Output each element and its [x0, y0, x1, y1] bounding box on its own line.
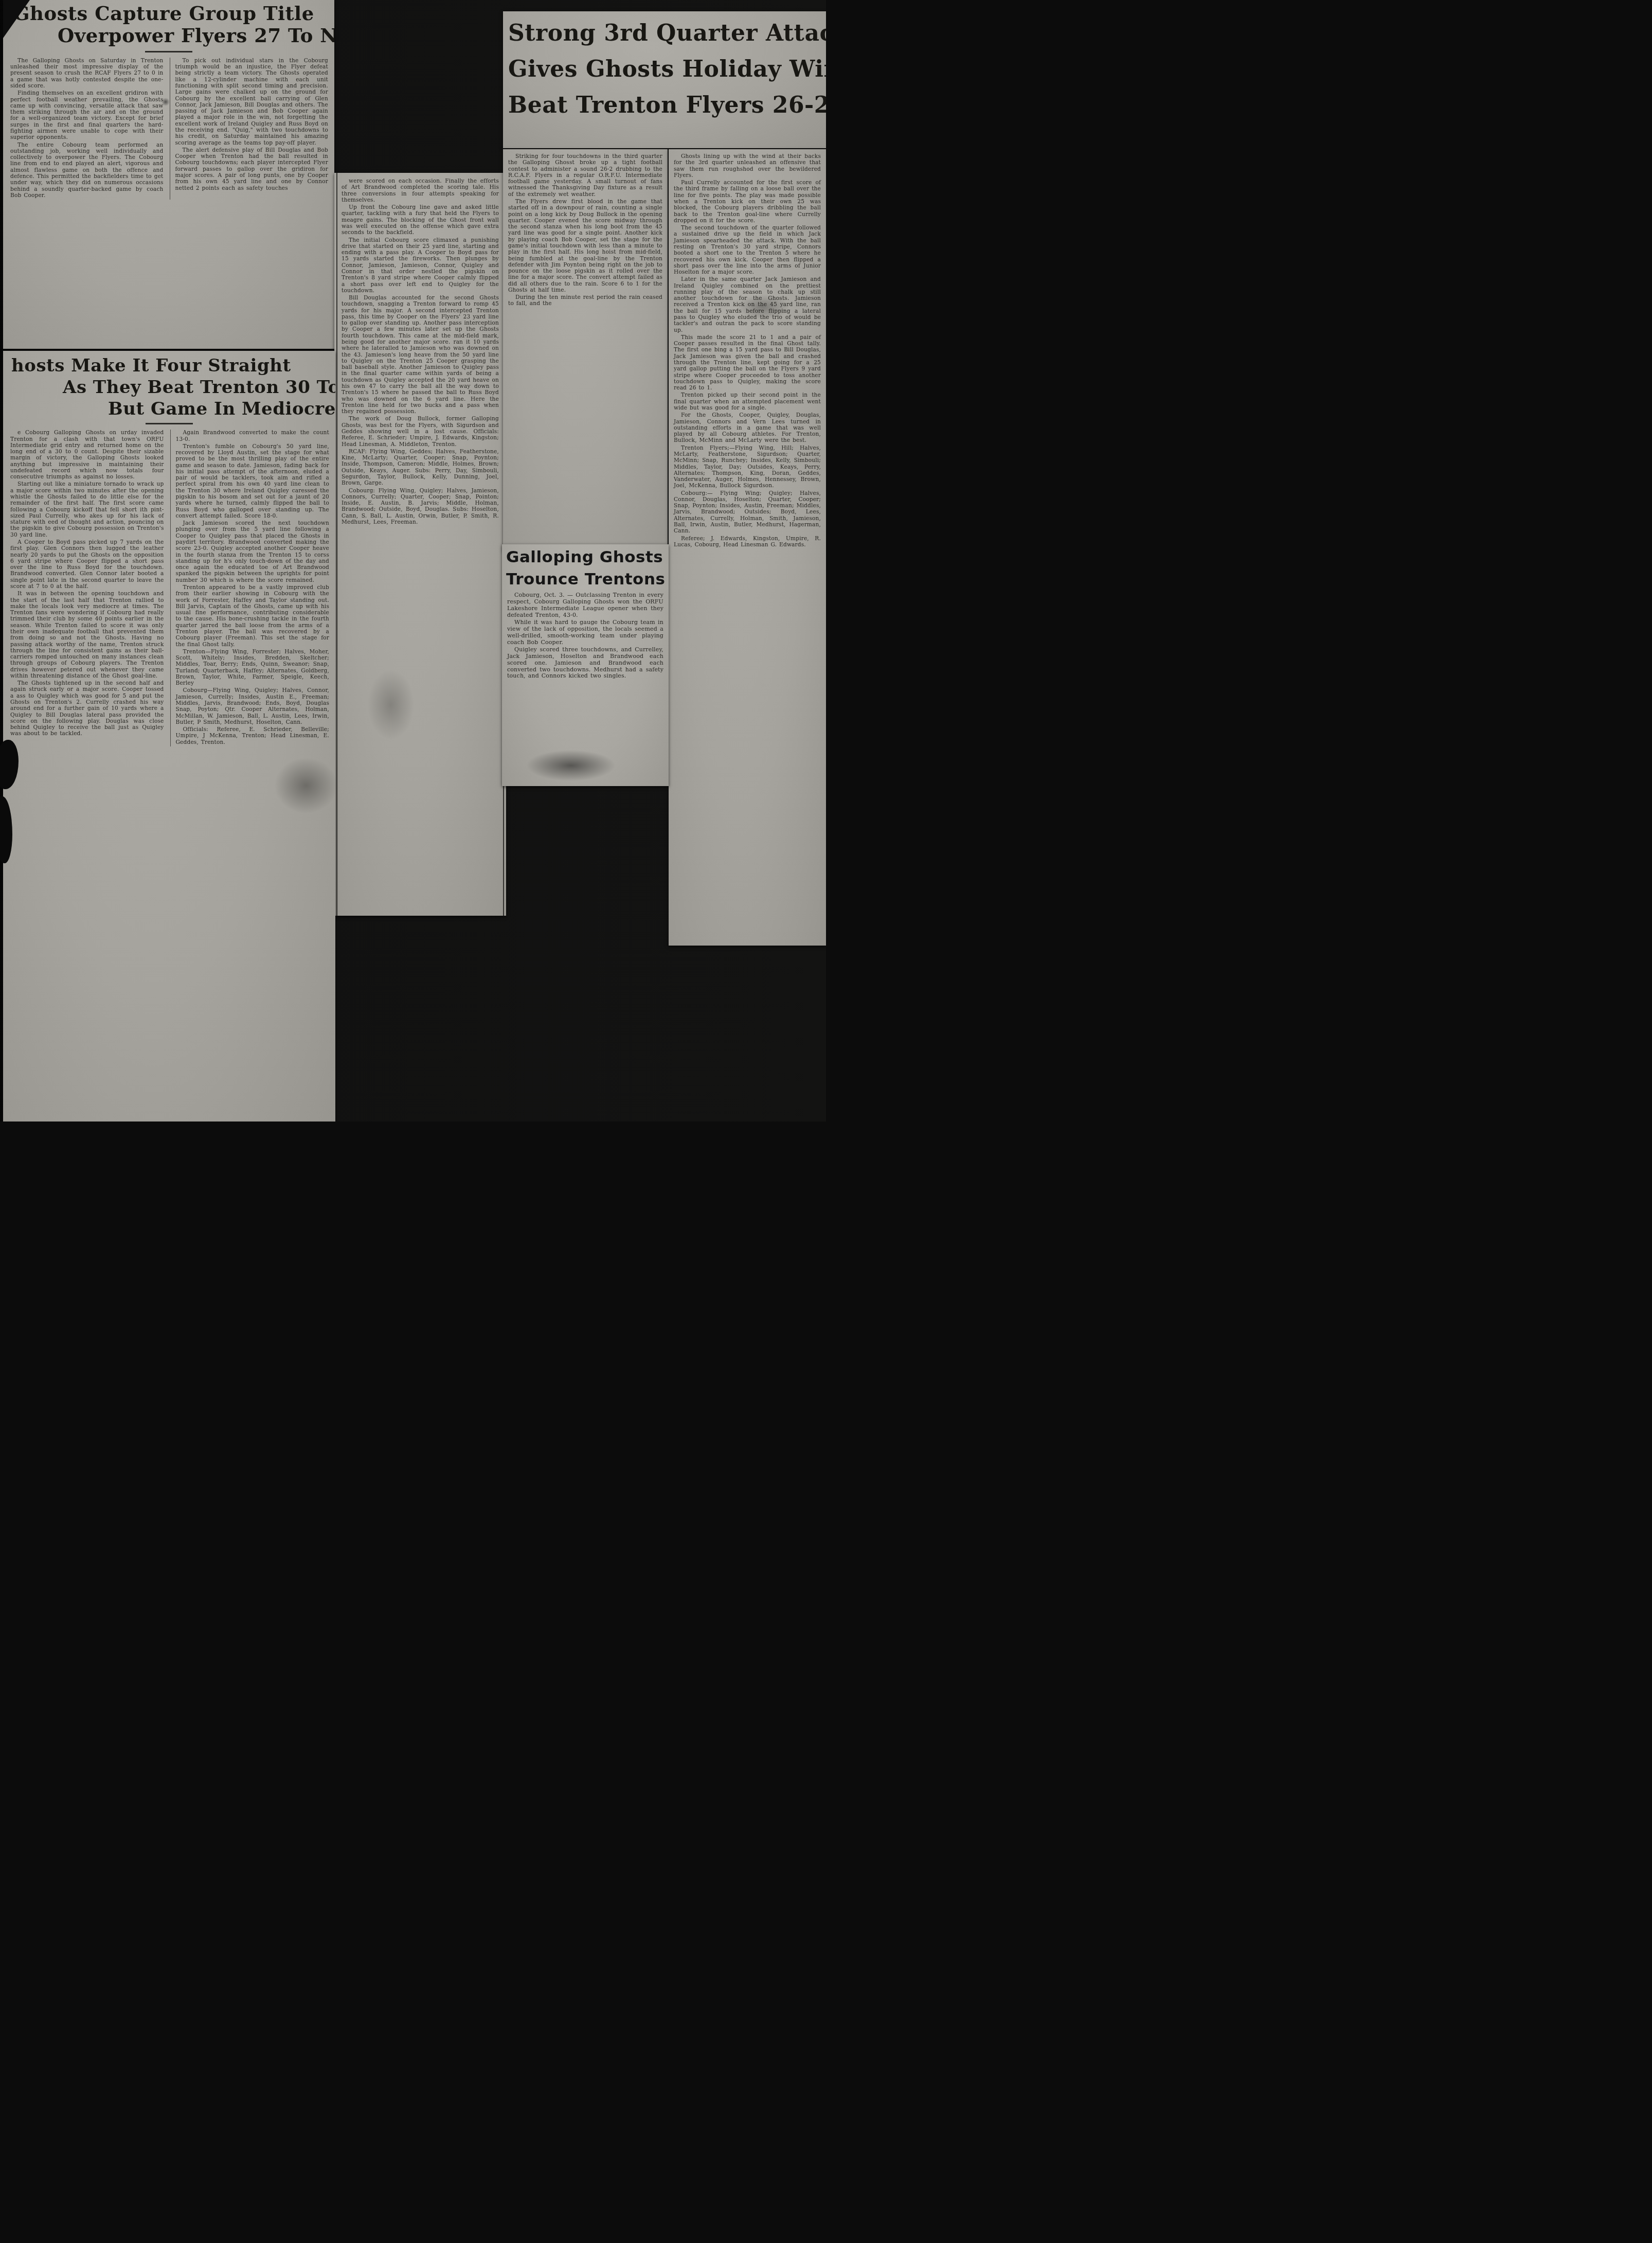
- headline-divider: [145, 51, 192, 52]
- paragraph: Trenton—Flying Wing, Forrester; Halves, …: [176, 649, 330, 687]
- paragraph: To pick out individual stars in the Cobo…: [175, 58, 329, 146]
- article3-headline-line3: Beat Trenton Flyers 26-2: [503, 86, 826, 122]
- paragraph: Referee; J. Edwards, Kingston, Umpire, R…: [674, 536, 821, 548]
- article2-column-1: e Cobourg Galloping Ghosts on urday inva…: [10, 430, 164, 746]
- article1-column-1: The Galloping Ghosts on Saturday in Tren…: [10, 58, 164, 200]
- article4-headline-line2: Trounce Trentons: [502, 566, 669, 589]
- paragraph: e Cobourg Galloping Ghosts on urday inva…: [10, 430, 164, 480]
- paragraph: Ghosts lining up with the wind at their …: [674, 153, 821, 179]
- paragraph: The Galloping Ghosts on Saturday in Tren…: [10, 58, 164, 89]
- paragraph: Cobourg—Flying Wing, Quigley; Halves, Co…: [176, 687, 330, 725]
- paragraph: Quigley scored three touchdowns, and Cur…: [507, 647, 663, 680]
- article2-headline-line1: hosts Make It Four Straight: [3, 351, 335, 376]
- article1-column-3: were scored on each occasion. Finally th…: [342, 178, 499, 525]
- article1-columns: The Galloping Ghosts on Saturday in Tren…: [3, 55, 334, 200]
- clipping-holiday-win-headline: Strong 3rd Quarter Attack Gives Ghosts H…: [503, 11, 826, 148]
- article1-headline-line2: Overpower Flyers 27 To Nil: [3, 24, 334, 46]
- clipping-article1-continuation-strip: were scored on each occasion. Finally th…: [334, 173, 506, 916]
- paragraph: Jack Jamieson scored the next touchdown …: [176, 520, 330, 583]
- article2-headline-line3: But Game In Mediocre Class: [3, 397, 335, 419]
- paragraph: While it was hard to gauge the Cobourg t…: [507, 619, 663, 646]
- paragraph: During the ten minute rest period the ra…: [508, 294, 662, 307]
- paragraph: Officials: Referee, E. Schrieder, Bellev…: [176, 726, 330, 745]
- paragraph: Cobourg: Flying Wing, Quigley; Halves, J…: [342, 488, 499, 526]
- paragraph: Cobourg, Oct. 3. — Outclassing Trenton i…: [507, 592, 663, 618]
- article2-columns: e Cobourg Galloping Ghosts on urday inva…: [3, 426, 335, 746]
- paragraph: Bill Douglas accounted for the second Gh…: [342, 295, 499, 415]
- paragraph: The Ghosts tightened up in the second ha…: [10, 680, 164, 737]
- paragraph: The work of Doug Bullock, former Gallopi…: [342, 416, 499, 447]
- article3-column-1: Striking for four touchdowns in the thir…: [508, 153, 662, 307]
- paragraph: were scored on each occasion. Finally th…: [342, 178, 499, 203]
- article1-headline-line1: Ghosts Capture Group Title: [3, 0, 334, 24]
- paragraph: Finding themselves on an excellent gridi…: [10, 90, 164, 140]
- paragraph: Trenton's fumble on Cobourg's 50 yard li…: [176, 443, 330, 519]
- paragraph: RCAF: Flying Wing, Geddes; Halves, Feath…: [342, 449, 499, 487]
- article2-headline-line2: As They Beat Trenton 30 To 0: [3, 376, 335, 397]
- paragraph: The entire Cobourg team performed an out…: [10, 142, 164, 199]
- paragraph: For the Ghosts, Cooper, Quigley, Douglas…: [674, 412, 821, 443]
- article1-column-3-box: were scored on each occasion. Finally th…: [336, 173, 504, 916]
- clipping-trounce-trentons-article: Galloping Ghosts Trounce Trentons Cobour…: [502, 544, 669, 786]
- paragraph: Up front the Cobourg line gave and asked…: [342, 204, 499, 236]
- clipping-four-straight-article: hosts Make It Four Straight As They Beat…: [3, 351, 335, 1121]
- paragraph: The second touchdown of the quarter foll…: [674, 225, 821, 275]
- paragraph: The Flyers drew first blood in the game …: [508, 199, 662, 293]
- paragraph: Trenton appeared to be a vastly improved…: [176, 584, 330, 648]
- article2-column-2: Again Brandwood converted to make the co…: [170, 430, 330, 746]
- paragraph: Later in the same quarter Jack Jamieson …: [674, 276, 821, 333]
- paragraph: Paul Currelly accounted for the first sc…: [674, 180, 821, 224]
- article3-column-2-box: Ghosts lining up with the wind at their …: [669, 149, 826, 553]
- paragraph: Trenton Flyers;—Flying Wing, Hill; Halve…: [674, 445, 821, 489]
- scrapbook-page: Ghosts Capture Group Title Overpower Fly…: [0, 0, 826, 1121]
- article3-headline-line2: Gives Ghosts Holiday Win: [503, 50, 826, 86]
- clipping-holiday-win-column-1: Striking for four touchdowns in the thir…: [503, 149, 668, 551]
- article3-headline-line1: Strong 3rd Quarter Attack: [503, 11, 826, 50]
- article3-column-2: Ghosts lining up with the wind at their …: [674, 153, 821, 548]
- paragraph: The initial Cobourg score climaxed a pun…: [342, 237, 499, 294]
- article4-column-1: Cobourg, Oct. 3. — Outclassing Trenton i…: [507, 592, 663, 680]
- paragraph: Trenton picked up their second point in …: [674, 392, 821, 411]
- article1-column-2: To pick out individual stars in the Cobo…: [170, 58, 329, 200]
- paragraph: Again Brandwood converted to make the co…: [176, 430, 330, 442]
- paragraph: This made the score 21 to 1 and a pair o…: [674, 334, 821, 391]
- article4-headline-line1: Galloping Ghosts: [502, 544, 669, 566]
- article3-column-1-box: Striking for four touchdowns in the thir…: [503, 149, 668, 312]
- paragraph: It was in between the opening touchdown …: [10, 591, 164, 679]
- paragraph: Striking for four touchdowns in the thir…: [508, 153, 662, 198]
- clipping-holiday-win-column-2: Ghosts lining up with the wind at their …: [669, 149, 826, 946]
- article4-column-box: Cobourg, Oct. 3. — Outclassing Trenton i…: [502, 588, 669, 680]
- paragraph: The alert defensive play of Bill Douglas…: [175, 147, 329, 191]
- paragraph: A Cooper to Boyd pass picked up 7 yards …: [10, 539, 164, 590]
- headline-divider: [146, 423, 193, 424]
- clipping-group-title-article: Ghosts Capture Group Title Overpower Fly…: [3, 0, 334, 349]
- paragraph: Cobourg:— Flying Wing; Quigley; Halves, …: [674, 490, 821, 535]
- paragraph: Starting out like a miniature tornado to…: [10, 481, 164, 538]
